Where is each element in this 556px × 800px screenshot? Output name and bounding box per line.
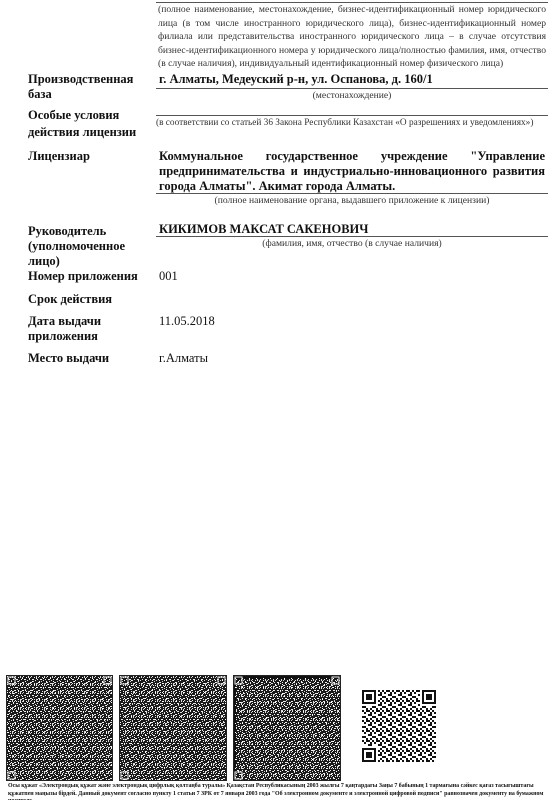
barcode-pattern-icon [234,676,340,780]
production-base-rule [156,88,548,89]
production-base-label: Производственная база [28,72,158,102]
head-value: КИКИМОВ МАКСАТ САКЕНОВИЧ [159,222,549,237]
signature-barcode-3 [233,675,341,781]
licensor-value: Коммунальное государственное учреждение … [159,149,545,194]
licensor-hint: (полное наименование органа, выдавшего п… [156,195,548,206]
issue-place-label: Место выдачи [28,351,153,366]
licensor-rule [156,193,548,194]
footer-disclaimer: Осы құжат «Электрондық құжат және электр… [8,783,550,800]
production-base-hint: (местонахождение) [156,90,548,101]
special-conditions-rule [156,115,548,116]
special-conditions-label: Особые условия действия лицензии [28,107,146,141]
signature-barcode-1 [6,675,113,781]
qr-code-icon [362,690,436,762]
barcode-pattern-icon [7,676,112,780]
qr-code [362,690,436,762]
signature-barcode-2 [119,675,227,781]
special-conditions-hint: (в соответствии со статьей 36 Закона Рес… [156,118,552,128]
validity-label: Срок действия [28,292,153,307]
licensor-label: Лицензиар [28,149,148,164]
head-hint: (фамилия, имя, отчество (в случае наличи… [156,238,548,249]
head-rule [156,236,548,237]
appendix-number-value: 001 [159,269,178,284]
head-label: Руководитель (уполномоченное лицо) [28,224,153,269]
issue-date-value: 11.05.2018 [159,314,215,329]
licensee-hint: (полное наименование, местонахождение, б… [158,3,546,71]
issue-place-value: г.Алматы [159,351,208,366]
barcode-pattern-icon [120,676,226,780]
appendix-number-label: Номер приложения [28,269,153,284]
production-base-value: г. Алматы, Медеуский р-н, ул. Оспанова, … [159,72,549,87]
issue-date-label: Дата выдачи приложения [28,314,118,344]
